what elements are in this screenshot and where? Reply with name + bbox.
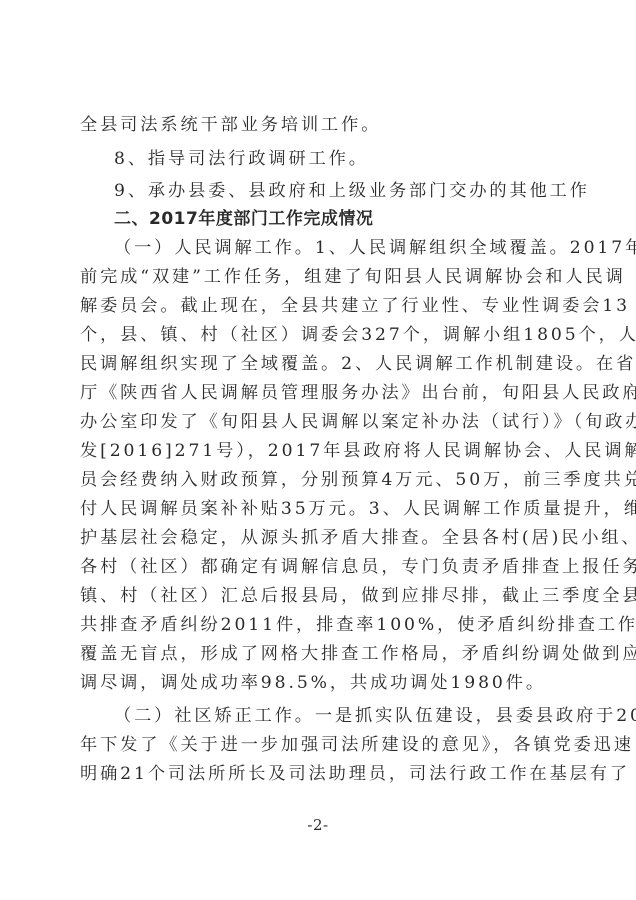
section-heading: 二、2017年度部门工作完成情况 bbox=[114, 208, 592, 230]
paragraph-line: 调尽调，调处成功率98.5%，共成功调处1980件。 bbox=[80, 672, 558, 694]
paragraph-line: 全县司法系统干部业务培训工作。 bbox=[80, 114, 558, 136]
paragraph-line: 个，县、镇、村（社区）调委会327个，调解小组1805个，人 bbox=[80, 324, 558, 346]
paragraph-line: 员会经费纳入财政预算，分别预算4万元、50万，前三季度共兑 bbox=[80, 469, 558, 491]
paragraph-line: 年下发了《关于进一步加强司法所建设的意见》，各镇党委迅速 bbox=[80, 734, 558, 756]
paragraph-line: 前完成“双建”工作任务，组建了旬阳县人民调解协会和人民调 bbox=[80, 266, 558, 288]
paragraph-line: 厅《陕西省人民调解员管理服务办法》出台前，旬阳县人民政府 bbox=[80, 382, 558, 404]
page-number: -2- bbox=[0, 816, 636, 834]
list-item-9: 9、承办县委、县政府和上级业务部门交办的其他工作 bbox=[114, 180, 558, 202]
paragraph-line: 明确21个司法所所长及司法助理员，司法行政工作在基层有了 bbox=[80, 763, 558, 785]
paragraph-line: 付人民调解员案补补贴35万元。3、人民调解工作质量提升，维 bbox=[80, 498, 558, 520]
document-page: 全县司法系统干部业务培训工作。 8、指导司法行政调研工作。 9、承办县委、县政府… bbox=[0, 0, 636, 900]
paragraph-line: 共排查矛盾纠纷2011件，排查率100%，使矛盾纠纷排查工作全 bbox=[80, 614, 558, 636]
paragraph-line: 民调解组织实现了全域覆盖。2、人民调解工作机制建设。在省 bbox=[80, 353, 558, 375]
paragraph-line: 覆盖无盲点，形成了网格大排查工作格局，矛盾纠纷调处做到应 bbox=[80, 643, 558, 665]
list-item-8: 8、指导司法行政调研工作。 bbox=[114, 148, 558, 170]
paragraph-line: 护基层社会稳定，从源头抓矛盾大排查。全县各村(居)民小组、 bbox=[80, 527, 558, 549]
paragraph-line: 各村（社区）都确定有调解信息员，专门负责矛盾排查上报任务， bbox=[80, 556, 558, 578]
paragraph-line: 办公室印发了《旬阳县人民调解以案定补办法（试行）》（旬政办 bbox=[80, 411, 558, 433]
paragraph-line: 解委员会。截止现在，全县共建立了行业性、专业性调委会13 bbox=[80, 295, 558, 317]
paragraph-line: 发[2016]271号），2017年县政府将人民调解协会、人民调解委 bbox=[80, 440, 558, 462]
paragraph-line: （一）人民调解工作。1、人民调解组织全域覆盖。2017年 bbox=[114, 237, 558, 259]
paragraph-line: 镇、村（社区）汇总后报县局，做到应排尽排，截止三季度全县 bbox=[80, 585, 558, 607]
paragraph-line: （二）社区矫正工作。一是抓实队伍建设，县委县政府于2016 bbox=[114, 705, 558, 727]
